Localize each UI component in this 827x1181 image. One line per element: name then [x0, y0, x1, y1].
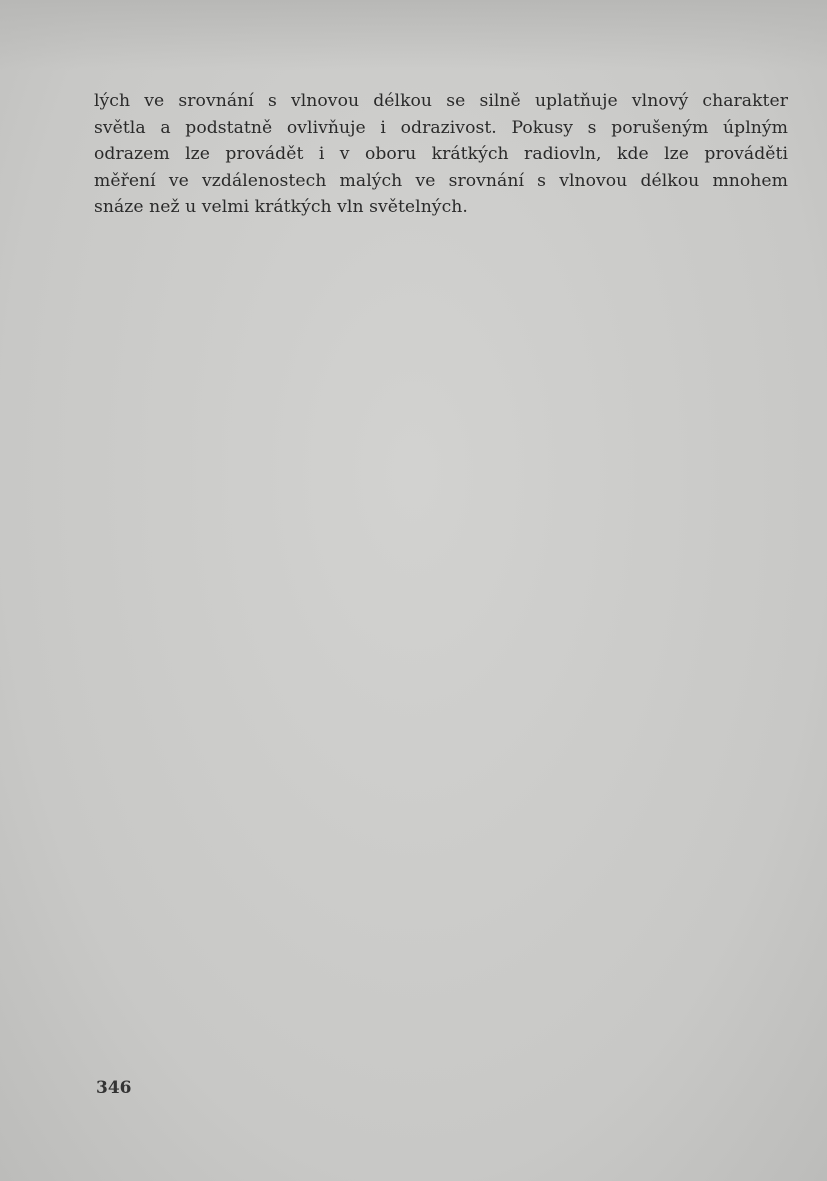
body-paragraph: lých ve srovnání s vlnovou délkou se sil…	[94, 88, 794, 221]
text-line: světla a podstatně ovlivňuje i odrazivos…	[94, 115, 788, 142]
book-page: lých ve srovnání s vlnovou délkou se sil…	[0, 0, 827, 1181]
text-line: snáze než u velmi krátkých vln světelnýc…	[94, 194, 794, 221]
page-shadow	[0, 0, 827, 70]
text-line: měření ve vzdálenostech malých ve srovná…	[94, 168, 788, 195]
page-number: 346	[96, 1078, 132, 1098]
text-line: odrazem lze provádět i v oboru krátkých …	[94, 141, 788, 168]
text-line: lých ve srovnání s vlnovou délkou se sil…	[94, 88, 788, 115]
